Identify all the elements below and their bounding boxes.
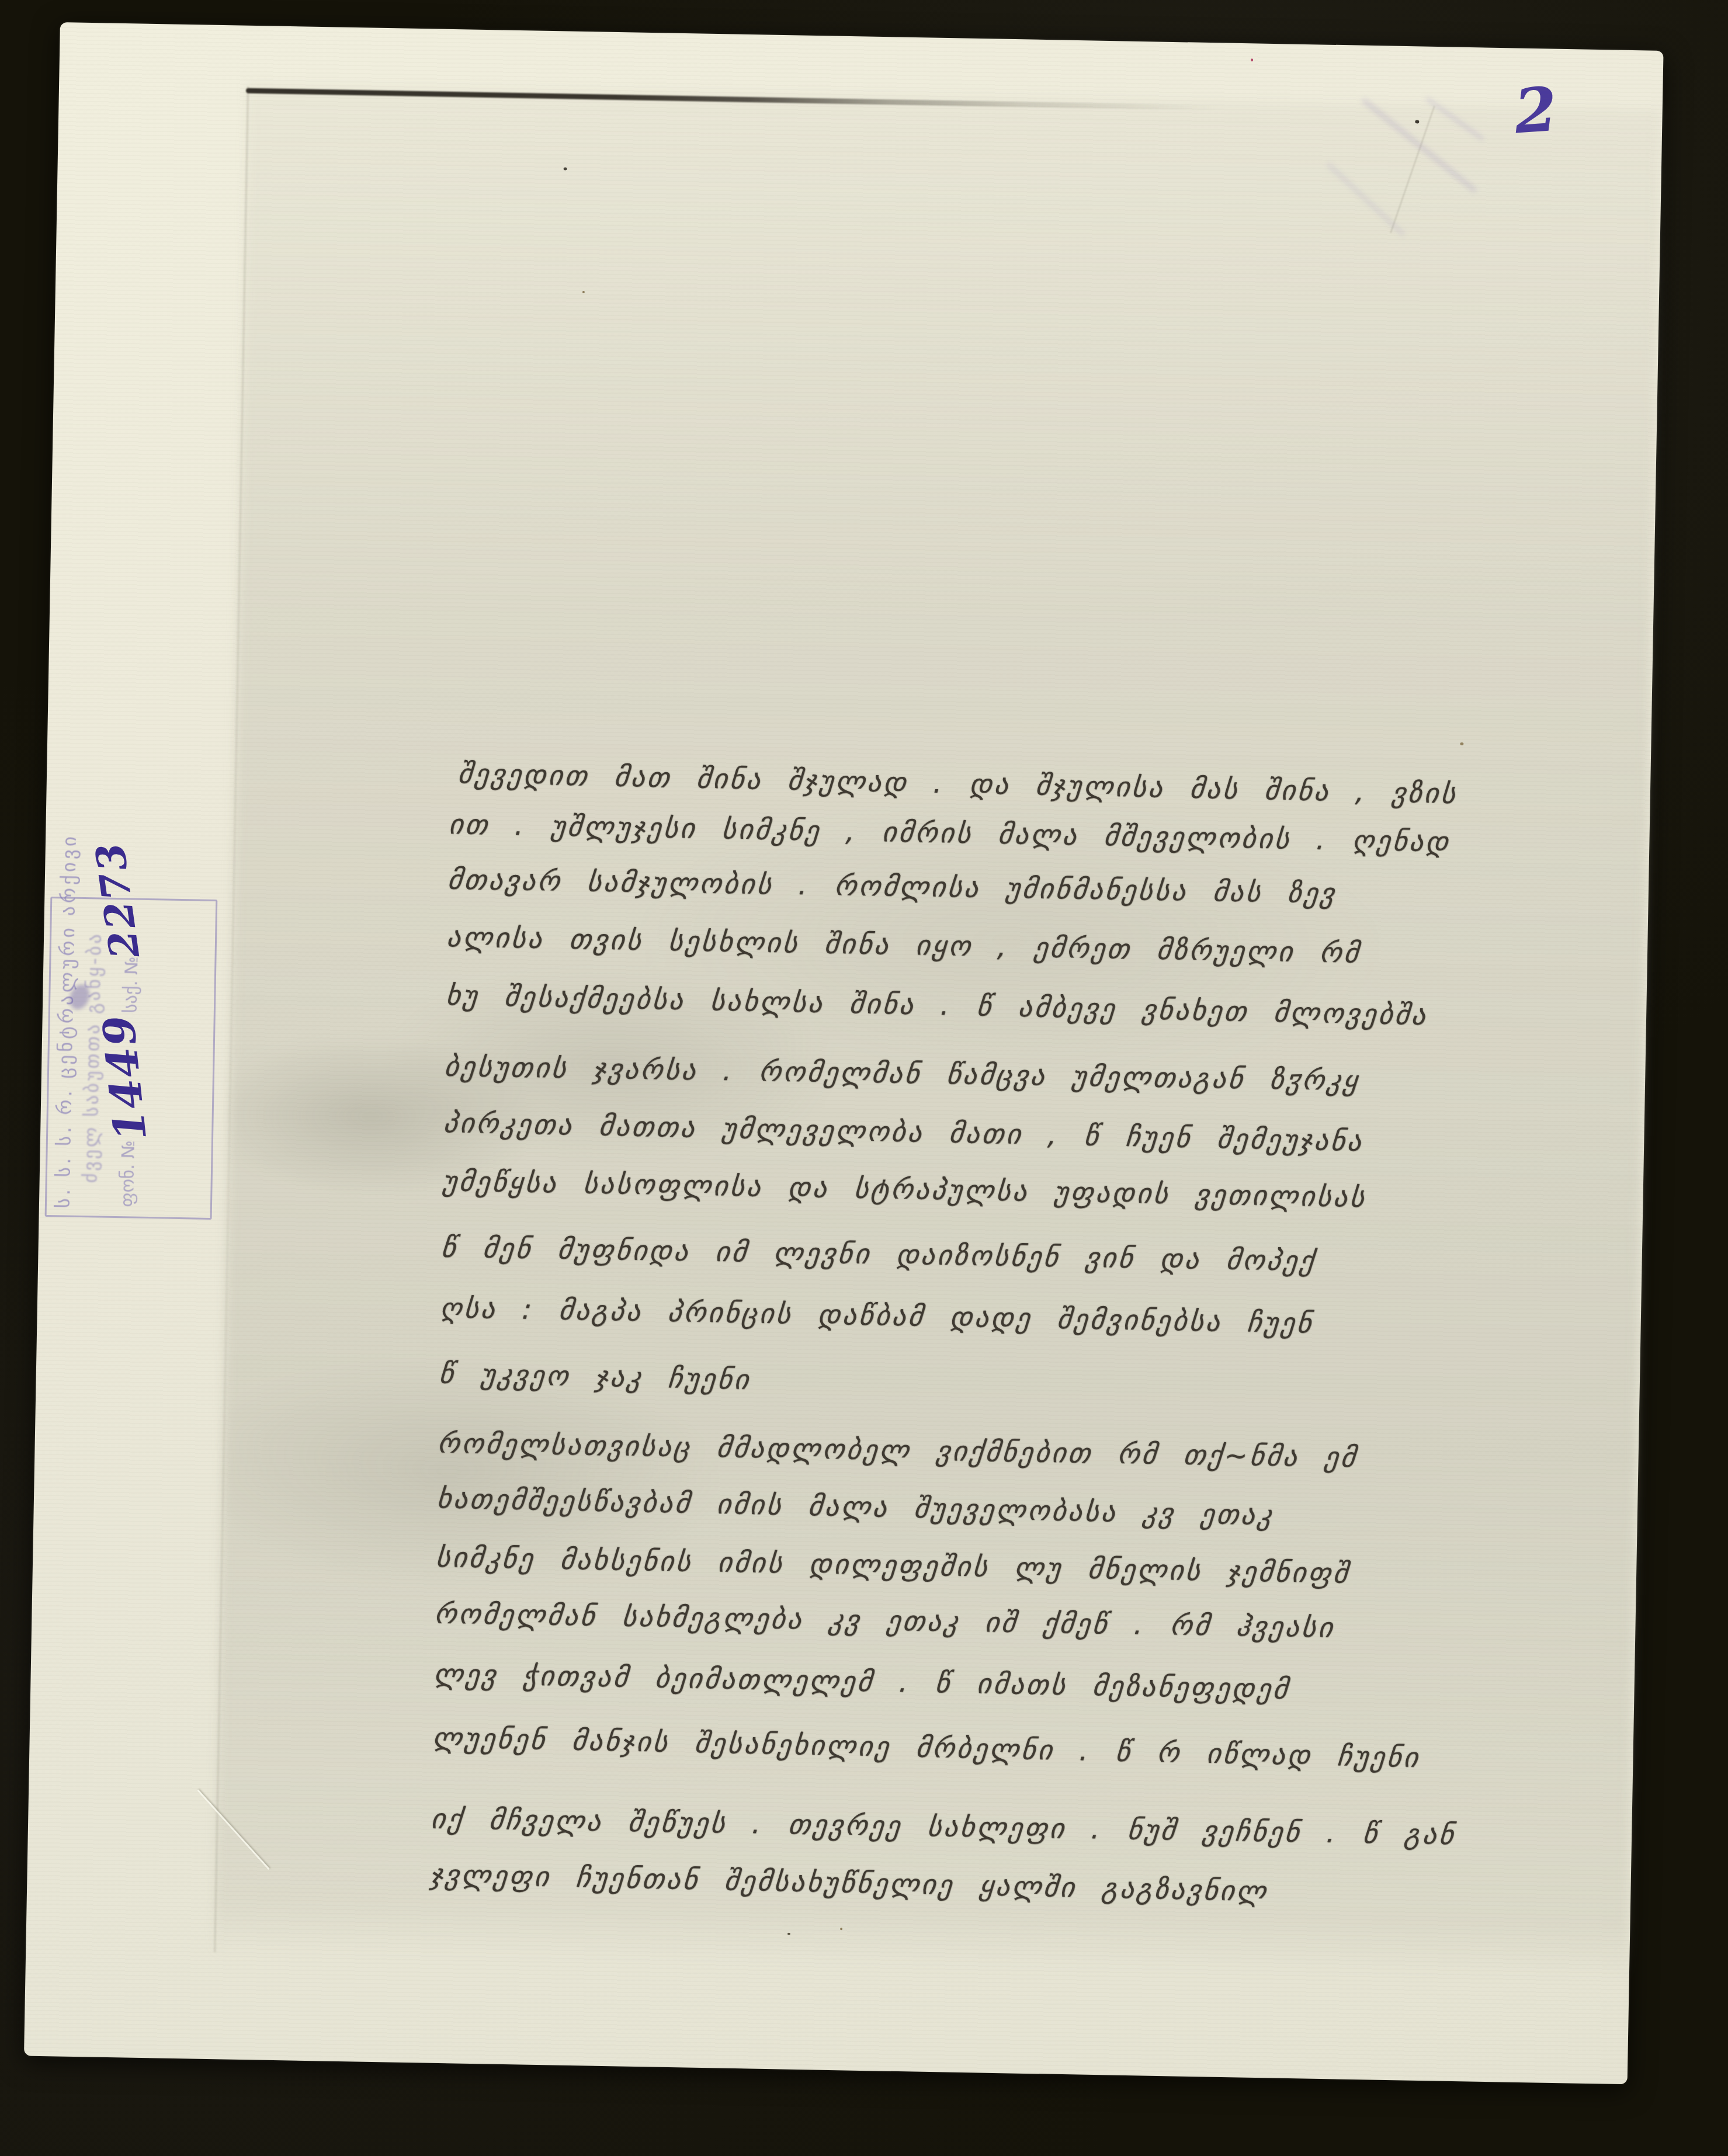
paper-speck	[840, 1928, 842, 1930]
stamp-fond-label: ფონ. №	[117, 1140, 138, 1207]
paper-speck	[564, 167, 567, 170]
photo-backdrop: ს. ს. ს. რ. ცენტრალური არქივი ძველ საბუთ…	[0, 0, 1728, 2156]
manuscript-text: შევედით მათ შინა შჯულად . და შჯულისა მას…	[60, 22, 1664, 51]
archive-stamp-face: ს. ს. ს. რ. ცენტრალური არქივი ძველ საბუთ…	[45, 897, 218, 1220]
folio-number: 2	[1512, 73, 1560, 148]
paper-speck	[1460, 742, 1463, 745]
manuscript-line: წ უკვეო ჯაკ ჩუენი	[438, 1358, 752, 1396]
stamp-item-label: საქ. №	[120, 956, 142, 1013]
stamp-numbers-row: ფონ. № 1449 საქ. № 2273	[102, 907, 158, 1210]
paper-speck	[582, 291, 585, 293]
paper-speck	[1251, 58, 1253, 61]
paper-speck	[787, 1933, 790, 1935]
paper-speck	[1415, 120, 1419, 123]
stamp-institution-line: ს. ს. ს. რ. ცენტრალური არქივი	[51, 905, 79, 1209]
stamp-fond-number: 1449	[93, 1011, 157, 1143]
archive-stamp: ს. ს. ს. რ. ცენტრალური არქივი ძველ საბუთ…	[45, 897, 219, 1220]
photo-paper: ს. ს. ს. რ. ცენტრალური არქივი ძველ საბუთ…	[24, 22, 1664, 2084]
